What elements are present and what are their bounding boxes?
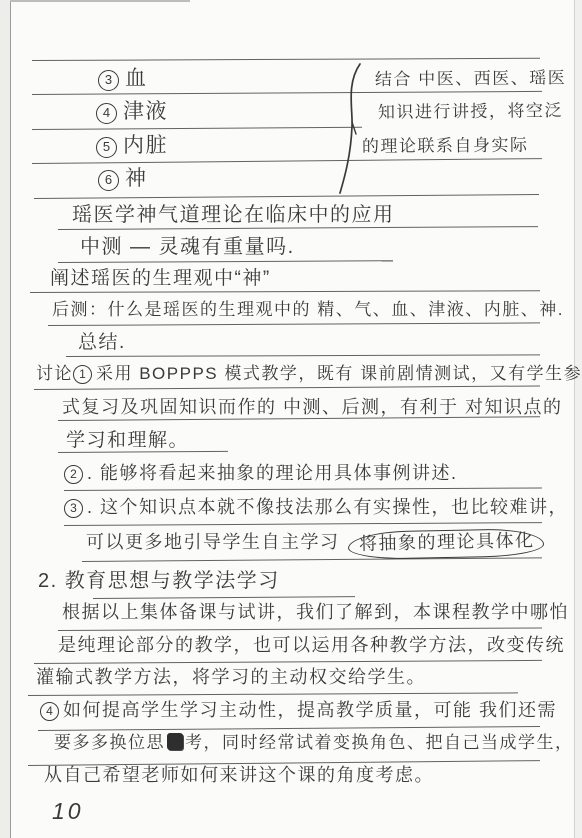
ruled-line [64,487,542,491]
outline-item-label: 血 [125,67,148,90]
section-2-number: 2. [38,570,58,592]
ruled-line [32,158,542,164]
circled-number-6: 6 [98,170,119,191]
circled-number-2: 2 [64,465,83,484]
brace-curve [338,62,366,196]
ruled-line [30,290,540,293]
section-2-title: 教育思想与教学法学习 [65,570,280,592]
circled-phrase: 将抽象的理论具体化 [347,528,543,560]
ruled-line [34,385,540,390]
discussion-point-3-line-2: 可以更多地引导学生自主学习将抽象的理论具体化 [86,530,543,558]
section-2-line-2: 是纯理论部分的教学，也可以运用各种教学方法，改变传统 [58,635,565,656]
outline-item-spirit: 6神 [98,167,148,191]
circled-number-3: 3 [64,499,83,518]
discussion-point-1-line-2: 式复习及巩固知识而作的 中测、后测，有利于 对知识点的 [62,397,563,418]
circled-number-4: 4 [96,103,117,124]
ruled-line [28,692,518,696]
discussion-point-2-line: 2. 能够将看起来抽象的理论用具体事例讲述. [64,463,458,484]
page-left-edge [0,0,11,838]
ruled-line [93,596,355,599]
ruled-line [82,557,542,562]
ruled-line [32,91,542,95]
circled-number-5: 5 [96,137,117,158]
page-right-edge [574,0,582,838]
ruled-line [32,127,362,130]
outline-item-label: 津液 [123,100,168,123]
outline-item-label: 神 [125,167,148,190]
outline-item-fluids: 4津液 [96,100,168,124]
discussion-point-1-line-3: 学习和理解。 [66,430,189,452]
section-2-line-3: 灌输式教学方法，将学习的主动权交给学生。 [36,667,426,688]
ruled-line [34,194,539,199]
margin-note-line: 结合 中医、西医、瑶医 [375,68,566,89]
note-midtest-line: 中测 — 灵魂有重量吗. [80,236,295,259]
circled-number-3: 3 [98,70,119,91]
ruled-line [48,322,540,326]
ruled-line [32,58,540,61]
question-4-line-1: 4如何提高学生学习主动性，提高教学质量，可能 我们还需 [40,700,557,721]
discussion-point-1-line-1: 讨论1采用 BOPPPS 模式教学，既有 课前剧情测试，又有学生参与 [36,364,582,384]
outline-item-organs: 5内脏 [96,134,168,158]
ruled-line [58,260,393,263]
note-posttest-line: 后测：什么是瑶医的生理观中的 精、气、血、津液、内脏、神. [52,300,564,320]
outline-item-label: 内脏 [123,134,168,157]
ruled-line [34,660,542,664]
question-4-line-3: 从自己希望老师如何来讲这个课的角度考虑。 [44,765,434,786]
ruled-line [64,522,542,526]
section-2-line-1: 根据以上集体备课与试讲，我们了解到，本课程教学中哪怕 [62,602,569,623]
note-summary-line: 总结. [78,332,126,354]
question-4-line-2: 要多多换位思考，同时经常试着变换角色、把自己当成学生， [54,733,574,753]
discussion-point-3-line-1: 3. 这个知识点本就不像技法那么有实操性，也比较难讲， [64,497,568,518]
page-number: 10 [52,798,84,824]
circled-number-4: 4 [40,702,59,721]
crossed-out-character [167,733,183,750]
ruled-line [66,354,540,357]
note-objective-line: 阐述瑶医的生理观中“神” [50,268,271,290]
section-2-heading: 2. 教育思想与教学法学习 [38,570,280,593]
outline-item-blood: 3血 [98,67,148,91]
discussion-label: 讨论 [36,364,73,383]
ruled-line [58,627,542,631]
notebook-page: 3血 4津液 5内脏 6神 结合 中医、西医、瑶医 知识进行讲授，将空泛 的理论… [0,0,582,838]
circled-number-1: 1 [73,365,92,384]
ruled-line [38,726,540,731]
page-top-edge [10,0,190,2]
note-topic-line: 瑶医学神气道理论在临床中的应用 [72,204,395,227]
margin-note-line: 知识进行讲授，将空泛 [378,101,563,122]
margin-note-line: 的理论联系自身实际 [362,136,529,157]
